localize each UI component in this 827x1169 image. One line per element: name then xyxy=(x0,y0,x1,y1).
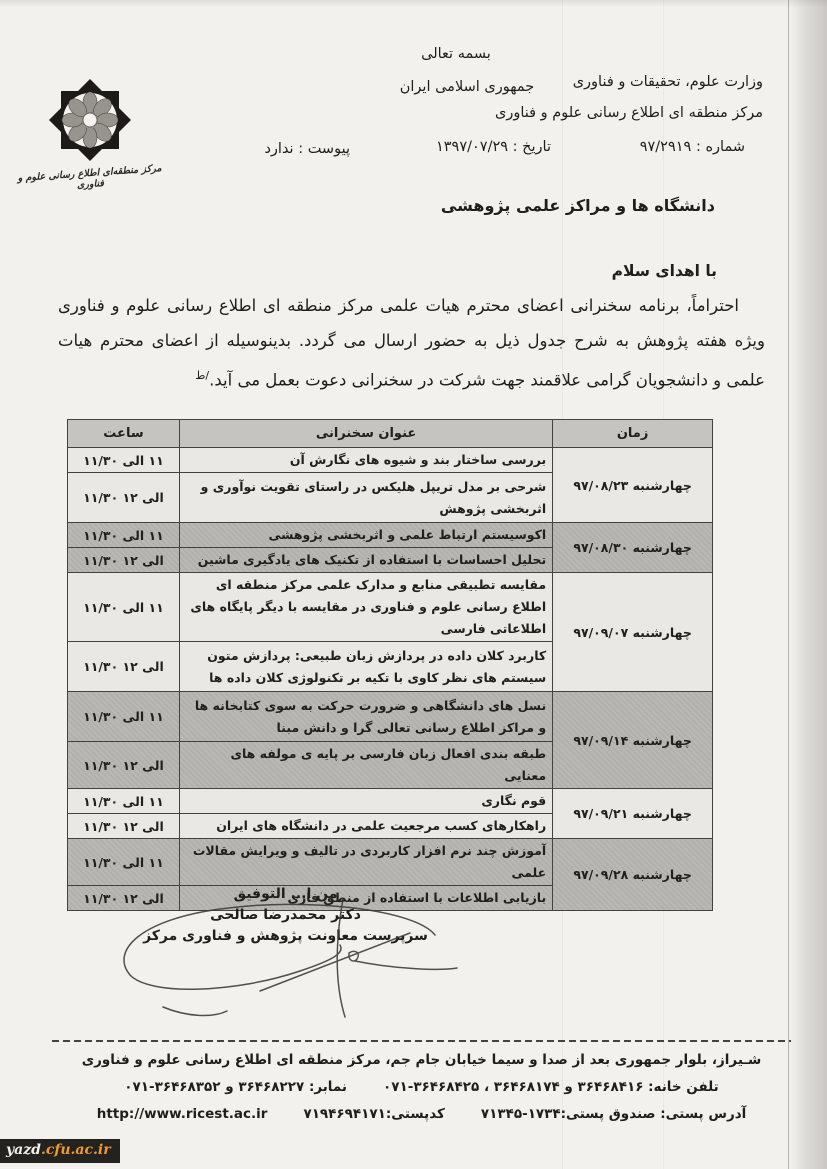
lecture-title-cell: اکوسیستم ارتباط علمی و اثربخشی پژوهشی xyxy=(179,523,552,548)
scan-top-shadow xyxy=(0,0,827,7)
lecture-time-cell: ۱۱/۳۰ الی ۱۲ xyxy=(68,473,180,523)
recipient-title: دانشگاه ها و مراکز علمی پژوهشی xyxy=(441,196,715,215)
lecture-title-cell: کاربرد کلان داده در پردازش زبان طبیعی: پ… xyxy=(179,642,552,692)
fax-area-number: ۰۷۱-۳۶۴۶۸۳۵۲ xyxy=(124,1079,220,1095)
lecture-date-cell: چهارشنبه ۹۷/۰۸/۳۰ xyxy=(553,523,713,573)
lecture-time-cell: ۱۱ الی ۱۱/۳۰ xyxy=(68,523,180,548)
attachment-field: پیوست : ندارد xyxy=(264,141,350,157)
schedule-table-body: چهارشنبه ۹۷/۰۸/۲۳بررسی ساختار بند و شیوه… xyxy=(68,448,713,911)
footer-website: http://www.ricest.ac.ir xyxy=(97,1106,268,1122)
letterhead-right: وزارت علوم، تحقیقات و فناوری مرکز منطقه … xyxy=(495,67,763,129)
letter-number-label: شماره : xyxy=(696,139,745,155)
fax-label: نمابر: xyxy=(309,1079,347,1095)
lecture-time-cell: ۱۱/۳۰ الی ۱۲ xyxy=(68,642,180,692)
lecture-time-cell: ۱۱ الی ۱۱/۳۰ xyxy=(68,692,180,742)
footer-phone: تلفن خانه: ۳۶۴۶۸۴۱۶ و ۳۶۴۶۸۱۷۴ ، ۰۷۱-۳۶۴… xyxy=(383,1079,719,1095)
letter-footer: شـیراز، بلوار جمهوری بعد از صدا و سیما خ… xyxy=(52,1040,791,1122)
watermark-site-primary: yazd xyxy=(6,1142,41,1158)
body-text: احتراماً، برنامه سخنرانی اعضای محترم هیا… xyxy=(58,296,765,390)
lecture-date-cell: چهارشنبه ۹۷/۰۹/۲۱ xyxy=(553,789,713,839)
postcode-label: کدپستی: xyxy=(386,1106,445,1122)
footer-address: شـیراز، بلوار جمهوری بعد از صدا و سیما خ… xyxy=(52,1052,791,1068)
lecture-title-cell: تحلیل احساسات با استفاده از تکنیک های یا… xyxy=(179,548,552,573)
schedule-row: چهارشنبه ۹۷/۰۹/۱۴نسل های دانشگاهی و ضرور… xyxy=(68,692,713,742)
footer-postal-web: آدرس پستی: صندوق پستی:۷۱۳۴۵-۱۷۳۴ کدپستی:… xyxy=(52,1106,791,1122)
schedule-row: چهارشنبه ۹۷/۰۹/۰۷مقایسه تطبیقی منابع و م… xyxy=(68,573,713,642)
letter-number-field: شماره : ۹۷/۲۹۱۹ xyxy=(640,139,745,155)
lecture-schedule-table: زمان عنوان سخنرانی ساعت چهارشنبه ۹۷/۰۸/۲… xyxy=(67,419,713,911)
schedule-row: چهارشنبه ۹۷/۰۸/۳۰اکوسیستم ارتباط علمی و … xyxy=(68,523,713,548)
bismillah-text: بسمه تعالی xyxy=(386,46,526,62)
lecture-title-cell: نسل های دانشگاهی و ضرورت حرکت به سوی کتا… xyxy=(179,692,552,742)
column-header-date: زمان xyxy=(553,420,713,448)
lecture-time-cell: ۱۱ الی ۱۱/۳۰ xyxy=(68,789,180,814)
lecture-time-cell: ۱۱ الی ۱۱/۳۰ xyxy=(68,573,180,642)
salutation-text: با اهدای سلام xyxy=(612,262,717,280)
letter-date-value: ۱۳۹۷/۰۷/۲۹ xyxy=(436,139,508,155)
lecture-title-cell: قوم نگاری xyxy=(179,789,552,814)
handwritten-signature xyxy=(105,893,460,1023)
lecture-title-cell: بررسی ساختار بند و شیوه های نگارش آن xyxy=(179,448,552,473)
lecture-title-cell: طبقه بندی افعال زبان فارسی بر پایه ی مول… xyxy=(179,742,552,789)
column-header-title: عنوان سخنرانی xyxy=(179,420,552,448)
lecture-time-cell: ۱۱/۳۰ الی ۱۲ xyxy=(68,814,180,839)
phone-label: تلفن خانه: xyxy=(648,1079,719,1095)
letter-date-label: تاریخ : xyxy=(513,139,551,155)
lecture-date-cell: چهارشنبه ۹۷/۰۹/۲۸ xyxy=(553,839,713,911)
table-header-row: زمان عنوان سخنرانی ساعت xyxy=(68,420,713,448)
footer-postal: آدرس پستی: صندوق پستی:۷۱۳۴۵-۱۷۳۴ xyxy=(481,1106,746,1122)
footer-contacts: تلفن خانه: ۳۶۴۶۸۴۱۶ و ۳۶۴۶۸۱۷۴ ، ۰۷۱-۳۶۴… xyxy=(52,1079,791,1095)
schedule-row: چهارشنبه ۹۷/۰۹/۲۸آموزش چند نرم افزار کار… xyxy=(68,839,713,886)
lecture-time-cell: ۱۱ الی ۱۱/۳۰ xyxy=(68,839,180,886)
lecture-time-cell: ۱۱/۳۰ الی ۱۲ xyxy=(68,742,180,789)
phone-area-number: ۰۷۱-۳۶۴۶۸۴۲۵ xyxy=(383,1079,479,1095)
lecture-title-cell: راهکارهای کسب مرجعیت علمی در دانشگاه های… xyxy=(179,814,552,839)
footer-divider xyxy=(52,1040,791,1042)
column-header-time: ساعت xyxy=(68,420,180,448)
schedule-row: چهارشنبه ۹۷/۰۸/۲۳بررسی ساختار بند و شیوه… xyxy=(68,448,713,473)
lecture-title-cell: مقایسه تطبیقی منابع و مدارک علمی مرکز من… xyxy=(179,573,552,642)
attachment-value: ندارد xyxy=(264,141,293,157)
letter-number-value: ۹۷/۲۹۱۹ xyxy=(640,139,692,155)
lecture-title-cell: شرحی بر مدل تریپل هلیکس در راستای تقویت … xyxy=(179,473,552,523)
schedule-row: چهارشنبه ۹۷/۰۹/۲۱قوم نگاری۱۱ الی ۱۱/۳۰ xyxy=(68,789,713,814)
ministry-title: وزارت علوم، تحقیقات و فناوری xyxy=(495,67,763,98)
footer-postcode: کدپستی:۷۱۹۴۶۹۴۱۷۱ xyxy=(303,1106,444,1122)
phone-numbers: ۳۶۴۶۸۴۱۶ و ۳۶۴۶۸۱۷۴ ، xyxy=(484,1079,643,1095)
lecture-date-cell: چهارشنبه ۹۷/۰۹/۱۴ xyxy=(553,692,713,789)
fax-numbers: ۳۶۴۶۸۲۲۷ و xyxy=(225,1079,304,1095)
postcode-value: ۷۱۹۴۶۹۴۱۷۱ xyxy=(303,1106,385,1122)
lecture-date-cell: چهارشنبه ۹۷/۰۸/۲۳ xyxy=(553,448,713,523)
lecture-time-cell: ۱۱/۳۰ الی ۱۲ xyxy=(68,548,180,573)
letter-date-field: تاریخ : ۱۳۹۷/۰۷/۲۹ xyxy=(436,139,551,155)
watermark-badge: yazd.cfu.ac.ir xyxy=(0,1139,120,1163)
footer-fax: نمابر: ۳۶۴۶۸۲۲۷ و ۰۷۱-۳۶۴۶۸۳۵۲ xyxy=(124,1079,347,1095)
organization-emblem-icon xyxy=(42,72,138,168)
postal-label: آدرس پستی: صندوق پستی: xyxy=(561,1106,747,1122)
lecture-time-cell: ۱۱ الی ۱۱/۳۰ xyxy=(68,448,180,473)
lecture-title-cell: آموزش چند نرم افزار کاربردی در تالیف و و… xyxy=(179,839,552,886)
body-paragraph: احتراماً، برنامه سخنرانی اعضای محترم هیا… xyxy=(58,288,765,398)
attachment-label: پیوست : xyxy=(298,141,350,157)
postal-box-number: ۷۱۳۴۵-۱۷۳۴ xyxy=(481,1106,561,1122)
center-title: مرکز منطقه ای اطلاع رسانی علوم و فناوری xyxy=(495,98,763,129)
scanned-letter-page: مرکز منطقه‌ای اطلاع رسانی علوم و فناوری … xyxy=(0,0,827,1169)
body-sign-off: /ط xyxy=(195,369,209,382)
emblem-caption: مرکز منطقه‌ای اطلاع رسانی علوم و فناوری xyxy=(5,162,174,196)
watermark-site-secondary: .cfu.ac.ir xyxy=(41,1142,111,1158)
scan-right-edge xyxy=(788,0,827,1169)
lecture-date-cell: چهارشنبه ۹۷/۰۹/۰۷ xyxy=(553,573,713,692)
